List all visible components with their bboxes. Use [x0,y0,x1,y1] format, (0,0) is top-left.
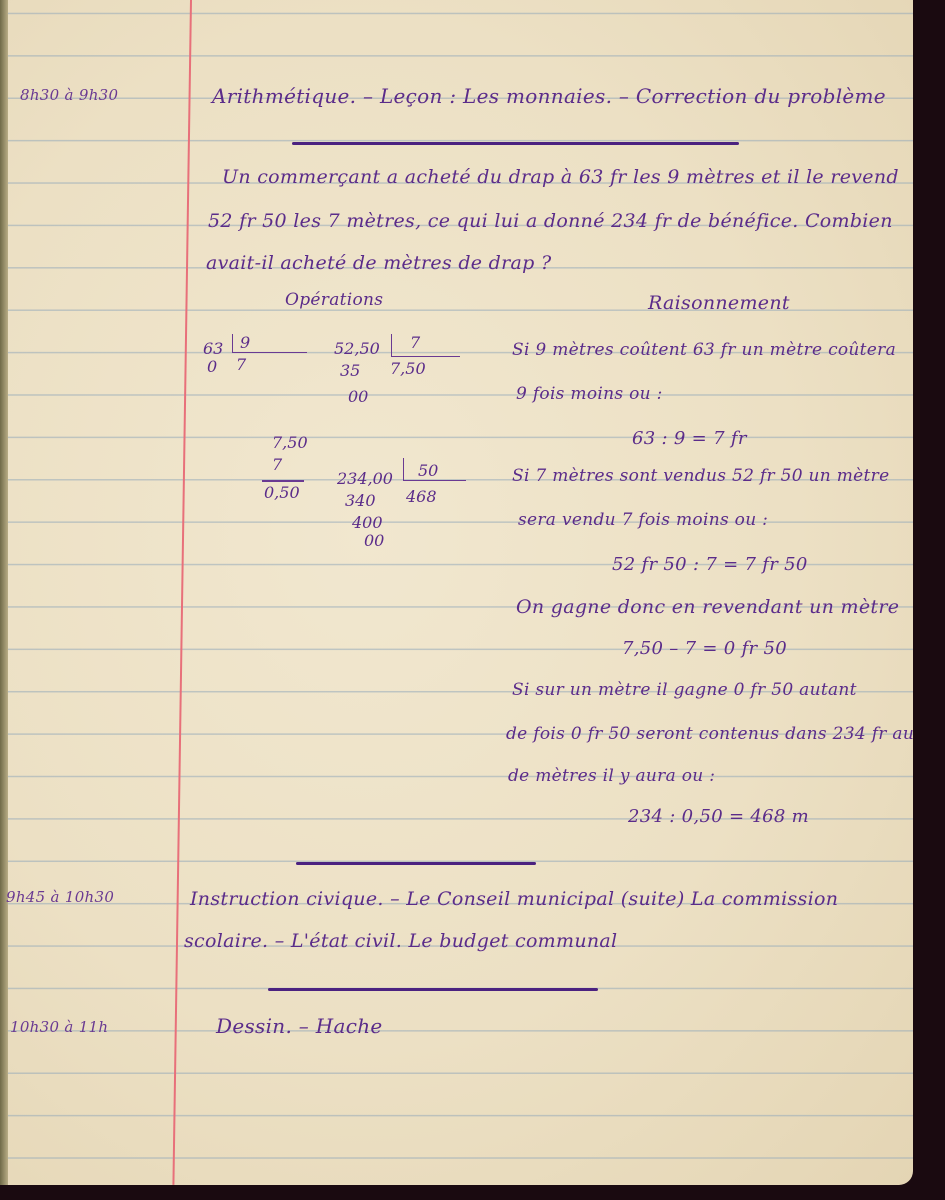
reasoning-line-8: 7,50 – 7 = 0 fr 50 [622,638,787,659]
section-divider-1 [296,862,536,865]
sub-top: 7,50 [272,434,308,452]
sub-minus: 7 [272,456,282,474]
div3-quotient: 468 [406,488,437,506]
lesson1-title: Arithmétique. – Leçon : Les monnaies. – … [212,84,886,108]
div1-quotient: 7 [236,356,246,374]
reasoning-line-7: On gagne donc en revendant un mètre [516,596,899,618]
reasoning-line-12: 234 : 0,50 = 468 m [628,806,809,827]
reasoning-line-4: Si 7 mètres sont vendus 52 fr 50 un mètr… [512,466,889,486]
div1-remainder: 0 [207,358,217,376]
page-binding-edge [0,0,8,1185]
time-slot-3: 10h30 à 11h [10,1018,108,1036]
reasoning-line-3: 63 : 9 = 7 fr [632,428,747,449]
reasoning-line-1: Si 9 mètres coûtent 63 fr un mètre coûte… [512,340,896,360]
div2-bracket [391,334,460,357]
div1-dividend: 63 [203,340,223,358]
reasoning-line-9: Si sur un mètre il gagne 0 fr 50 autant [512,680,857,700]
problem-line-3: avait-il acheté de mètres de drap ? [206,252,551,274]
div2-dividend: 52,50 [334,340,380,358]
reasoning-line-10: de fois 0 fr 50 seront contenus dans 234… [506,724,913,744]
time-slot-2: 9h45 à 10h30 [6,888,114,906]
div2-remainder: 00 [348,388,368,406]
reasoning-line-5: sera vendu 7 fois moins ou : [518,510,768,530]
problem-line-2: 52 fr 50 les 7 mètres, ce qui lui a donn… [208,210,893,232]
div2-quotient: 7,50 [390,360,426,378]
lesson2-line-1: Instruction civique. – Le Conseil munici… [190,888,838,910]
lesson3-title: Dessin. – Hache [216,1014,383,1038]
sub-bar [262,480,304,482]
title-underline [292,142,739,145]
div2-divisor: 7 [410,334,420,352]
div3-dividend: 234,00 [337,470,393,488]
reasoning-line-2: 9 fois moins ou : [516,384,663,404]
div3-partial-2: 400 [352,514,383,532]
notebook-page: 8h30 à 9h30 9h45 à 10h30 10h30 à 11h Ari… [0,0,913,1185]
reasoning-line-11: de mètres il y aura ou : [508,766,715,786]
reasoning-heading: Raisonnement [648,292,790,314]
lesson2-line-2: scolaire. – L'état civil. Le budget comm… [184,930,617,952]
sub-result: 0,50 [264,484,300,502]
section-divider-2 [268,988,598,991]
div2-partial: 35 [340,362,360,380]
div1-divisor: 9 [240,334,250,352]
div3-divisor: 50 [418,462,438,480]
operations-heading: Opérations [285,290,383,310]
time-slot-1: 8h30 à 9h30 [20,86,118,104]
div3-partial-1: 340 [345,492,376,510]
problem-line-1: Un commerçant a acheté du drap à 63 fr l… [222,166,899,188]
reasoning-line-6: 52 fr 50 : 7 = 7 fr 50 [612,554,808,575]
div3-remainder: 00 [364,532,384,550]
